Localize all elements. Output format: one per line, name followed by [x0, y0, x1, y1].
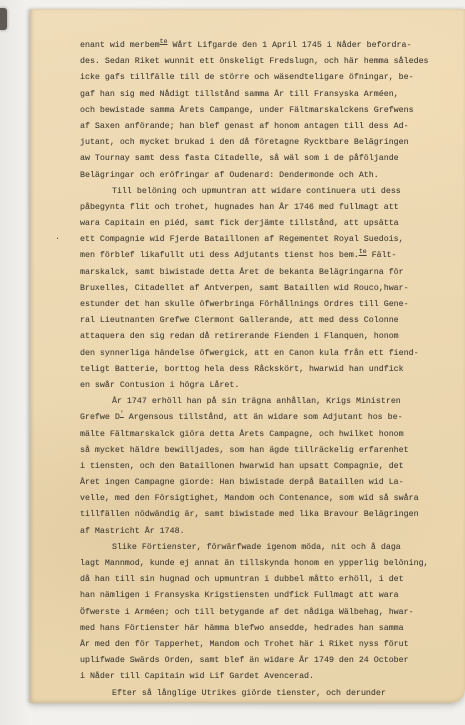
- text-line: i Nåder till Capitain wid Lif Gardet Ave…: [80, 669, 452, 685]
- margin-dot: .: [55, 233, 65, 249]
- text-line: lagt Mannmod, kunde ej annat än tillskyn…: [80, 556, 452, 572]
- text-line: ett Compagnie wid Fjerde Bataillonen af …: [80, 232, 452, 248]
- paragraph: Slike Förtienster, förwärfwade igenom mö…: [80, 540, 452, 686]
- text-line: velle, med den Försigtighet, Mandom och …: [80, 491, 452, 507]
- text-line: Belägringar och eröfringar af Oudenard: …: [80, 168, 452, 184]
- text-line: Till belöning och upmuntran att widare c…: [80, 184, 452, 200]
- text-line: så mycket häldre bewilljades, som han äg…: [80, 443, 452, 459]
- paragraph: År 1747 erhöll han på sin trägna anhålla…: [80, 394, 452, 540]
- superscript-abbreviation: ': [120, 411, 124, 418]
- superscript-abbreviation: te: [160, 38, 168, 45]
- paragraph: enant wid merbemte Wårt Lifgarde den 1 A…: [80, 38, 452, 184]
- text-line: Öfwerste i Arméen; och till betygande af…: [80, 605, 452, 621]
- document-page: . enant wid merbemte Wårt Lifgarde den 1…: [30, 9, 465, 703]
- corner-smudge: [0, 8, 7, 30]
- text-line: af Saxen anförande; han blef genast af h…: [80, 119, 452, 135]
- text-line: men förblef likafullt uti dess Adjutants…: [80, 248, 452, 264]
- text-line: Efter så långlige Utrikes giörde tienste…: [80, 686, 452, 702]
- text-line: des. Sedan Riket wunnit ett önskeligt Fr…: [80, 54, 452, 70]
- text-line: Slike Förtienster, förwärfwade igenom mö…: [80, 540, 452, 556]
- text-line: wara Capitain en piéd, samt fick derjämt…: [80, 216, 452, 232]
- text-line: icke gafs tillfälle till de större och w…: [80, 70, 452, 86]
- text-line: af Mastricht År 1748.: [80, 524, 452, 540]
- text-line: attaquera den sig redan då retirerande F…: [80, 329, 452, 345]
- text-line: Året ingen Campagne giorde: Han biwistad…: [80, 475, 452, 491]
- text-line: uplifwade Swärds Orden, samt blef än wid…: [80, 653, 452, 669]
- text-line: Grefwe D' Argensous tillstånd, att än wi…: [80, 410, 452, 426]
- text-line: ral Lieutnanten Grefwe Clermont Galleran…: [80, 313, 452, 329]
- text-line: den synnerliga händelse öfwergick, att e…: [80, 346, 452, 362]
- text-line: och bewistade samma Årets Campange, unde…: [80, 103, 452, 119]
- text-line: han nämligen i Fransyska Krigstiensten u…: [80, 588, 452, 604]
- text-line: År med den för Tapperhet, Mandom och Tro…: [80, 637, 452, 653]
- text-line: i tiensten, och den Bataillonen hwarwid …: [80, 459, 452, 475]
- text-line: jutant, och mycket brukad i den då föret…: [80, 135, 452, 151]
- text-line: marskalck, samt biwistade detta Året de …: [80, 265, 452, 281]
- document-text: enant wid merbemte Wårt Lifgarde den 1 A…: [80, 38, 452, 702]
- paragraph: Efter så långlige Utrikes giörde tienste…: [80, 686, 452, 702]
- text-line: med hans Förtienster här hämma blefwo an…: [80, 621, 452, 637]
- superscript-abbreviation: te: [359, 249, 367, 256]
- text-line: enant wid merbemte Wårt Lifgarde den 1 A…: [80, 38, 452, 54]
- text-line: gaf han sig med Nådigt tillstånd samma Å…: [80, 87, 452, 103]
- text-line: Bruxelles, Citadellet af Antverpen, samt…: [80, 281, 452, 297]
- text-line: estunder det han skulle öfwerbringa Förh…: [80, 297, 452, 313]
- text-line: tillfällen nödwändig är, samt biwistade …: [80, 507, 452, 523]
- text-line: År 1747 erhöll han på sin trägna anhålla…: [80, 394, 452, 410]
- text-line: en swår Contusion i högra Låret.: [80, 378, 452, 394]
- text-line: då han till sin hugnad och upmuntran i d…: [80, 572, 452, 588]
- paragraph: Till belöning och upmuntran att widare c…: [80, 184, 452, 394]
- text-line: påbegynta flit och trohet, hugnades han …: [80, 200, 452, 216]
- text-line: mälte Fältmarskalck giöra detta Årets Ca…: [80, 427, 452, 443]
- text-line: teligt Batterie, borttog hela dess Råcks…: [80, 362, 452, 378]
- scan-background: { "document": { "margin_dot": ".", "para…: [0, 0, 465, 725]
- text-line: aw Tournay samt dess fasta Citadelle, så…: [80, 151, 452, 167]
